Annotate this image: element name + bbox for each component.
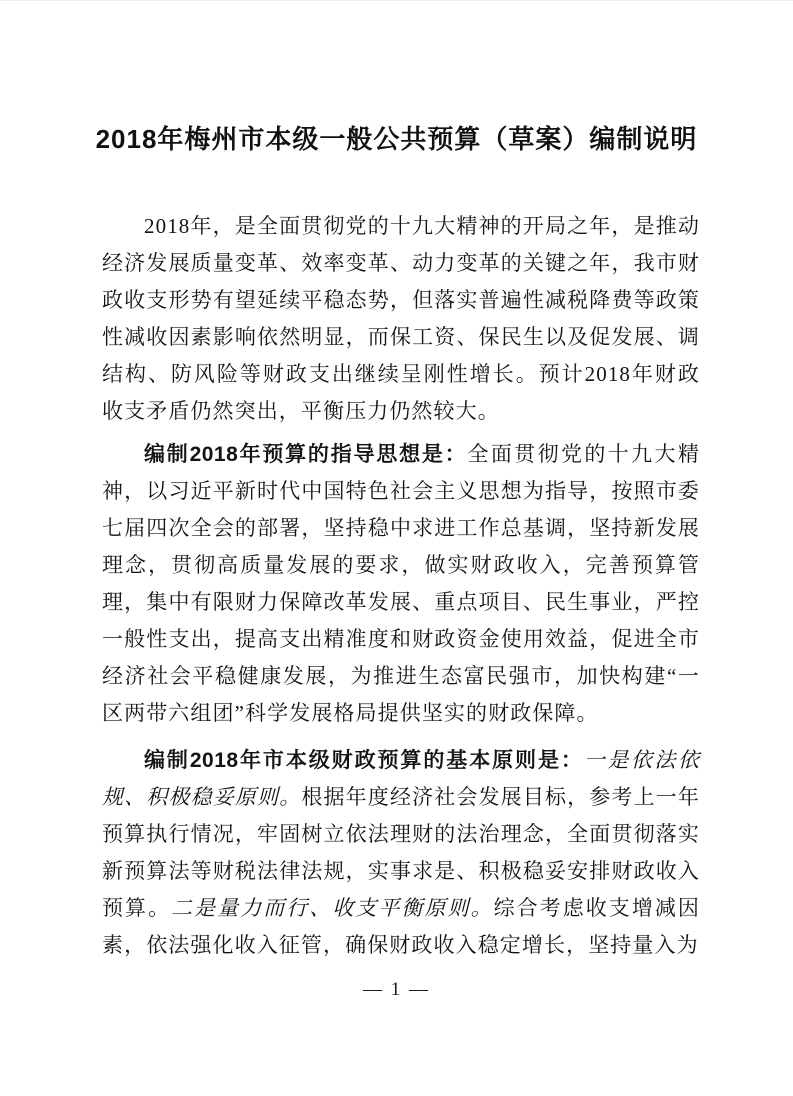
- text-run: 2018年，是全面贯彻党的十九大精神的开局之年，是推动经济发展质量变革、效率变革…: [102, 214, 700, 423]
- document-title: 2018年梅州市本级一般公共预算（草案）编制说明: [0, 1, 793, 157]
- document-body: 2018年，是全面贯彻党的十九大精神的开局之年，是推动经济发展质量变革、效率变革…: [102, 208, 700, 964]
- paragraph-overview: 2018年，是全面贯彻党的十九大精神的开局之年，是推动经济发展质量变革、效率变革…: [102, 208, 700, 430]
- text-run-heading: 编制2018年预算的指导思想是：: [144, 443, 467, 466]
- document-page: 2018年梅州市本级一般公共预算（草案）编制说明 2018年，是全面贯彻党的十九…: [0, 0, 793, 1096]
- text-run-heading: 编制2018年市本级财政预算的基本原则是：: [144, 749, 584, 772]
- paragraph-basic-principles: 编制2018年市本级财政预算的基本原则是：一是依法依规、积极稳妥原则。根据年度经…: [102, 742, 700, 964]
- paragraph-guiding-ideology: 编制2018年预算的指导思想是：全面贯彻党的十九大精神，以习近平新时代中国特色社…: [102, 436, 700, 732]
- text-run-principle-2: 二是量力而行、收支平衡原则。: [171, 896, 494, 920]
- page-number: — 1 —: [0, 979, 793, 1001]
- text-run: 全面贯彻党的十九大精神，以习近平新时代中国特色社会主义思想为指导，按照市委七届四…: [102, 442, 700, 725]
